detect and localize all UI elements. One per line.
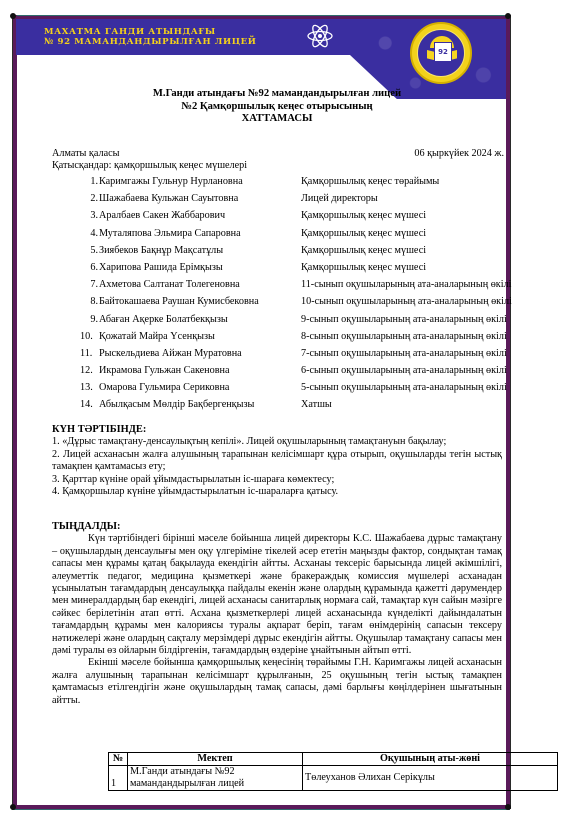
member-number: 13. [80, 379, 98, 396]
member-name: Қожатай Майра Үсенқызы [99, 328, 215, 345]
member-number: 14. [80, 396, 98, 413]
member-name: Рыскельдиева Айжан Муратовна [99, 345, 242, 362]
frame-corner [10, 804, 16, 810]
member-number: 1. [80, 173, 98, 190]
member-row: 9.Абаған Ақерке Болатбекқызы9-сынып оқуш… [80, 311, 550, 328]
frame-corner [505, 804, 511, 810]
member-name: Аралбаев Сакен Жаббарович [99, 207, 225, 224]
member-number: 5. [80, 242, 98, 259]
cell-school: М.Ганди атындағы №92 мамандандырылған ли… [128, 766, 303, 791]
member-row: 2.Шажабаева Кульжан СауытовнаЛицей дирек… [80, 190, 550, 207]
member-name: Абылқасым Мөлдір Бақбергенқызы [99, 396, 254, 413]
member-role: Қамқоршылық кеңес төрайымы [301, 173, 439, 190]
member-row: 13.Омарова Гульмира Сериковна5-сынып оқу… [80, 379, 550, 396]
heard-paragraph-1: Күн тәртібіндегі бірінші мәселе бойынша … [52, 533, 502, 657]
member-role: 5-сынып оқушыларының ата-аналарының өкіл… [301, 379, 507, 396]
member-number: 6. [80, 259, 98, 276]
member-row: 10.Қожатай Майра Үсенқызы8-сынып оқушыла… [80, 328, 550, 345]
member-name: Абаған Ақерке Болатбекқызы [99, 311, 228, 328]
member-role: Лицей директоры [301, 190, 378, 207]
member-role: Қамқоршылық кеңес мүшесі [301, 207, 426, 224]
banner-title-line1: МАХАТМА ГАНДИ АТЫНДАҒЫ [44, 27, 256, 37]
table-header-row: № Мектеп Оқушының аты-жөні [109, 753, 558, 766]
member-row: 5.Зиябеков Бақнұр МақсатұлыҚамқоршылық к… [80, 242, 550, 259]
member-row: 4.Муталяпова Эльмира СапаровнаҚамқоршылы… [80, 225, 550, 242]
member-number: 12. [80, 362, 98, 379]
member-number: 10. [80, 328, 98, 345]
member-number: 3. [80, 207, 98, 224]
member-number: 9. [80, 311, 98, 328]
member-name: Омарова Гульмира Сериковна [99, 379, 229, 396]
document-title: М.Ганди атындағы №92 мамандандырылған ли… [52, 88, 502, 126]
col-number-header: № [109, 753, 128, 766]
member-name: Зиябеков Бақнұр Мақсатұлы [99, 242, 223, 259]
participants-label: Қатысқандар: қамқоршылық кеңес мүшелері [52, 160, 502, 172]
member-row: 7.Ахметова Салтанат Толегеновна11-сынып … [80, 276, 550, 293]
col-school-header: Мектеп [128, 753, 303, 766]
member-role: 9-сынып оқушыларының ата-аналарының өкіл… [301, 311, 507, 328]
member-number: 7. [80, 276, 98, 293]
member-name: Байтокашаева Раушан Кумисбековна [99, 293, 259, 310]
member-name: Харипова Рашида Ерімқызы [99, 259, 223, 276]
title-line-1: М.Ганди атындағы №92 мамандандырылған ли… [52, 88, 502, 101]
member-number: 4. [80, 225, 98, 242]
member-row: 12.Икрамова Гульжан Сакеновна6-сынып оқу… [80, 362, 550, 379]
member-role: Қамқоршылық кеңес мүшесі [301, 259, 426, 276]
students-table: № Мектеп Оқушының аты-жөні 1 М.Ганди аты… [108, 752, 558, 791]
city: Алматы қаласы [52, 148, 119, 159]
member-name: Ахметова Салтанат Толегеновна [99, 276, 240, 293]
banner-title: МАХАТМА ГАНДИ АТЫНДАҒЫ № 92 МАМАНДАНДЫРЫ… [44, 27, 256, 47]
member-name: Икрамова Гульжан Сакеновна [99, 362, 230, 379]
member-role: Хатшы [301, 396, 332, 413]
member-number: 8. [80, 293, 98, 310]
member-row: 14.Абылқасым Мөлдір БақбергенқызыХатшы [80, 396, 550, 413]
member-number: 11. [80, 345, 98, 362]
title-line-2: №2 Қамқоршылық кеңес отырысының [52, 101, 502, 114]
cell-student: Төлеуханов Әлихан Серікұлы [303, 766, 558, 791]
member-row: 3.Аралбаев Сакен ЖаббаровичҚамқоршылық к… [80, 207, 550, 224]
heard-paragraph-2: Екінші мәселе бойынша қамқоршылық кеңесі… [52, 657, 502, 707]
member-role: 11-сынып оқушыларының ата-аналарының өкі… [301, 276, 512, 293]
agenda-item: 4. Қамқоршылар күніне ұйымдастырылатын і… [52, 486, 502, 498]
city-date-row: Алматы қаласы 06 қыркүйек 2024 ж. [52, 148, 502, 160]
title-line-3: ХАТТАМАСЫ [52, 113, 502, 126]
page-frame-left [12, 15, 17, 809]
member-row: 1.Каримгажы Гульнур НурлановнаҚамқоршылы… [80, 173, 550, 190]
agenda-section: КҮН ТӘРТІБІНДЕ: 1. «Дұрыс тамақтану-денс… [52, 424, 502, 498]
member-role: 10-сынып оқушыларының ата-аналарының өкі… [301, 293, 512, 310]
member-name: Каримгажы Гульнур Нурлановна [99, 173, 243, 190]
member-row: 8.Байтокашаева Раушан Кумисбековна10-сын… [80, 293, 550, 310]
page-frame-bottom [12, 805, 510, 810]
heard-heading: ТЫҢДАЛДЫ: [52, 521, 502, 533]
agenda-item: 2. Лицей асханасын жалға алушының тарапы… [52, 449, 502, 474]
member-row: 6.Харипова Рашида ЕрімқызыҚамқоршылық ке… [80, 259, 550, 276]
member-role: Қамқоршылық кеңес мүшесі [301, 242, 426, 259]
heard-section: ТЫҢДАЛДЫ: Күн тәртібіндегі бірінші мәсел… [52, 521, 502, 707]
logo-emblem: 92 [417, 29, 465, 77]
member-name: Муталяпова Эльмира Сапаровна [99, 225, 241, 242]
member-role: 8-сынып оқушыларының ата-аналарының өкіл… [301, 328, 507, 345]
member-row: 11.Рыскельдиева Айжан Муратовна7-сынып о… [80, 345, 550, 362]
member-role: Қамқоршылық кеңес мүшесі [301, 225, 426, 242]
agenda-heading: КҮН ТӘРТІБІНДЕ: [52, 424, 502, 436]
members-list: 1.Каримгажы Гульнур НурлановнаҚамқоршылы… [80, 173, 550, 414]
banner-title-line2: № 92 МАМАНДАНДЫРЫЛҒАН ЛИЦЕЙ [44, 37, 256, 47]
member-name: Шажабаева Кульжан Сауытовна [99, 190, 238, 207]
member-role: 7-сынып оқушыларының ата-аналарының өкіл… [301, 345, 507, 362]
agenda-item: 3. Қарттар күніне орай ұйымдастырылатын … [52, 474, 502, 486]
date: 06 қыркүйек 2024 ж. [414, 148, 504, 160]
cell-number: 1 [109, 766, 128, 791]
logo-number: 92 [434, 42, 452, 62]
col-student-header: Оқушының аты-жөні [303, 753, 558, 766]
atom-icon [306, 22, 334, 50]
member-role: 6-сынып оқушыларының ата-аналарының өкіл… [301, 362, 507, 379]
agenda-item: 1. «Дұрыс тамақтану-денсаулықтың кепілі»… [52, 436, 502, 448]
lyceum-logo: 92 [410, 22, 472, 84]
table-row: 1 М.Ганди атындағы №92 мамандандырылған … [109, 766, 558, 791]
member-number: 2. [80, 190, 98, 207]
